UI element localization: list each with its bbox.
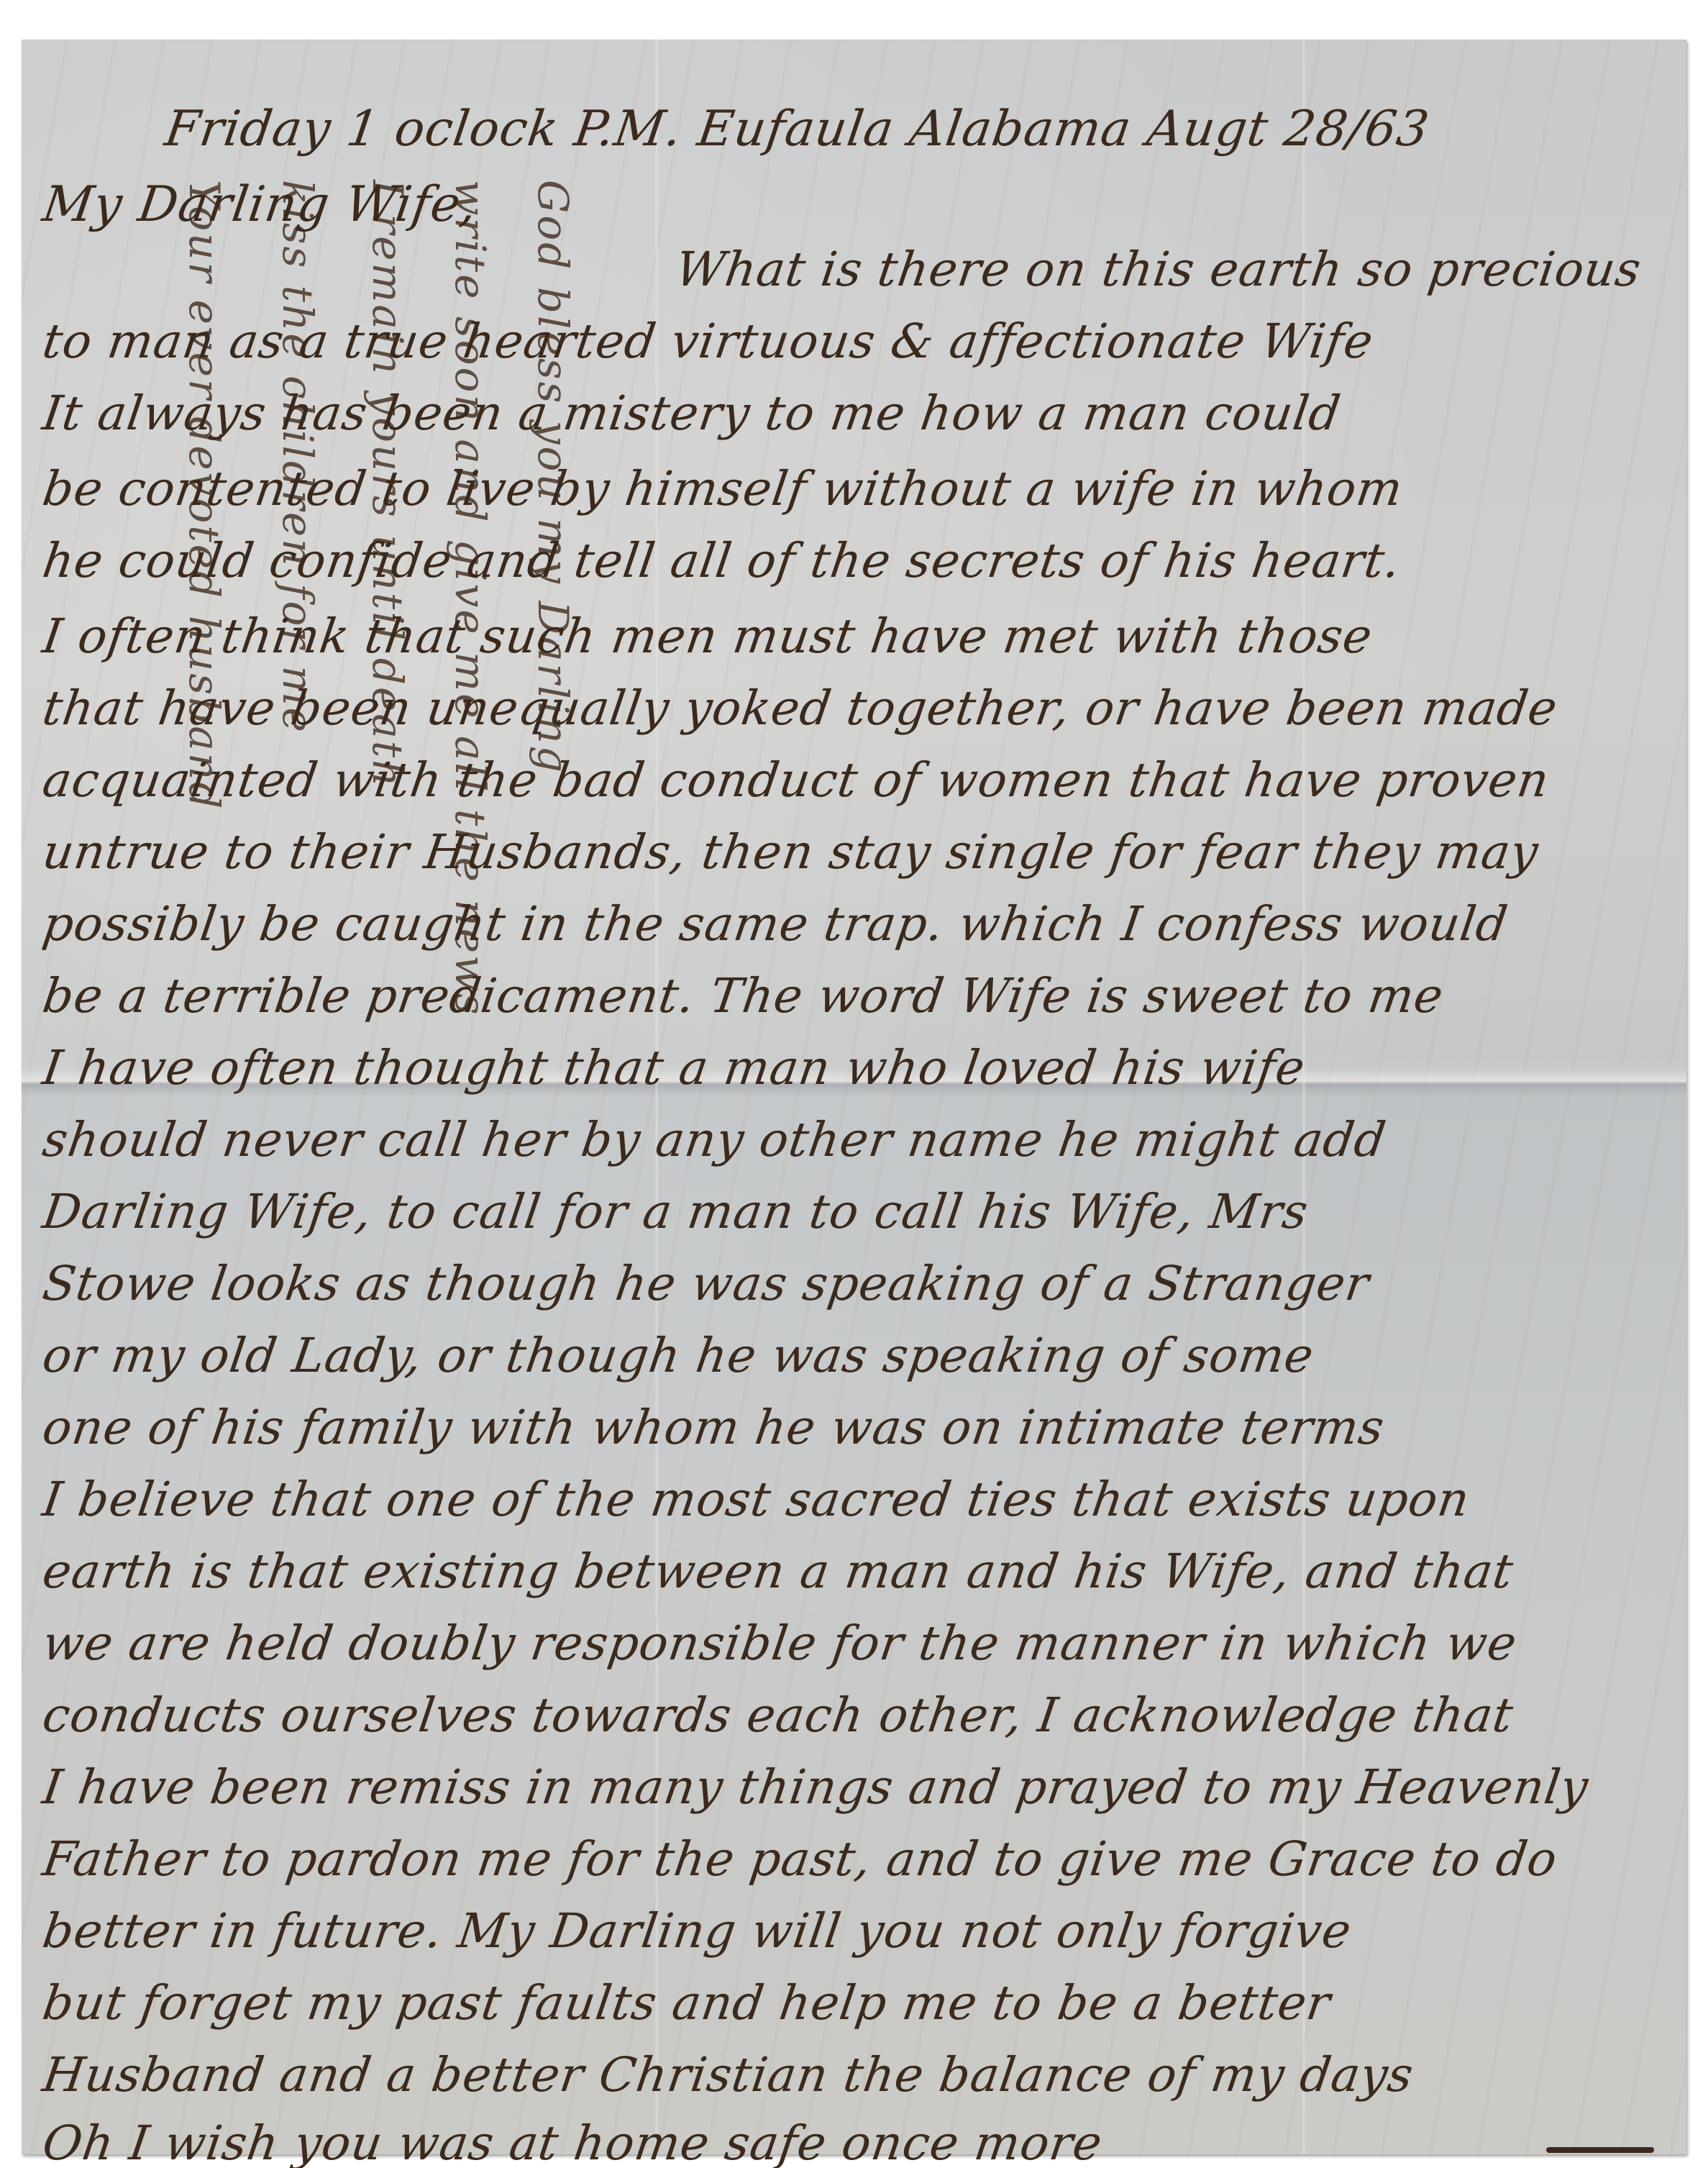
body-line: What is there on this earth so precious bbox=[672, 241, 1683, 299]
body-line: but forget my past faults and help me to… bbox=[39, 1975, 1683, 2032]
cross-writing-column: Your ever devoted husband bbox=[180, 180, 229, 1906]
cross-writing-column: kiss the children for me bbox=[273, 180, 322, 1906]
body-line: better in future. My Darling will you no… bbox=[39, 1903, 1683, 1960]
letter-text: Friday 1 oclock P.M. Eufaula Alabama Aug… bbox=[0, 0, 1708, 2168]
dateline: Friday 1 oclock P.M. Eufaula Alabama Aug… bbox=[161, 101, 1683, 158]
cross-writing-column: God bless you my Darling bbox=[529, 180, 577, 1906]
cross-writing-column: write soon and give me all the news bbox=[446, 180, 495, 1906]
closing-flourish bbox=[1546, 2147, 1654, 2153]
cross-writing-column: I remain yours until death bbox=[363, 180, 412, 1906]
body-line: Oh I wish you was at home safe once more bbox=[39, 2115, 1683, 2168]
body-line: Husband and a better Christian the balan… bbox=[39, 2046, 1683, 2104]
